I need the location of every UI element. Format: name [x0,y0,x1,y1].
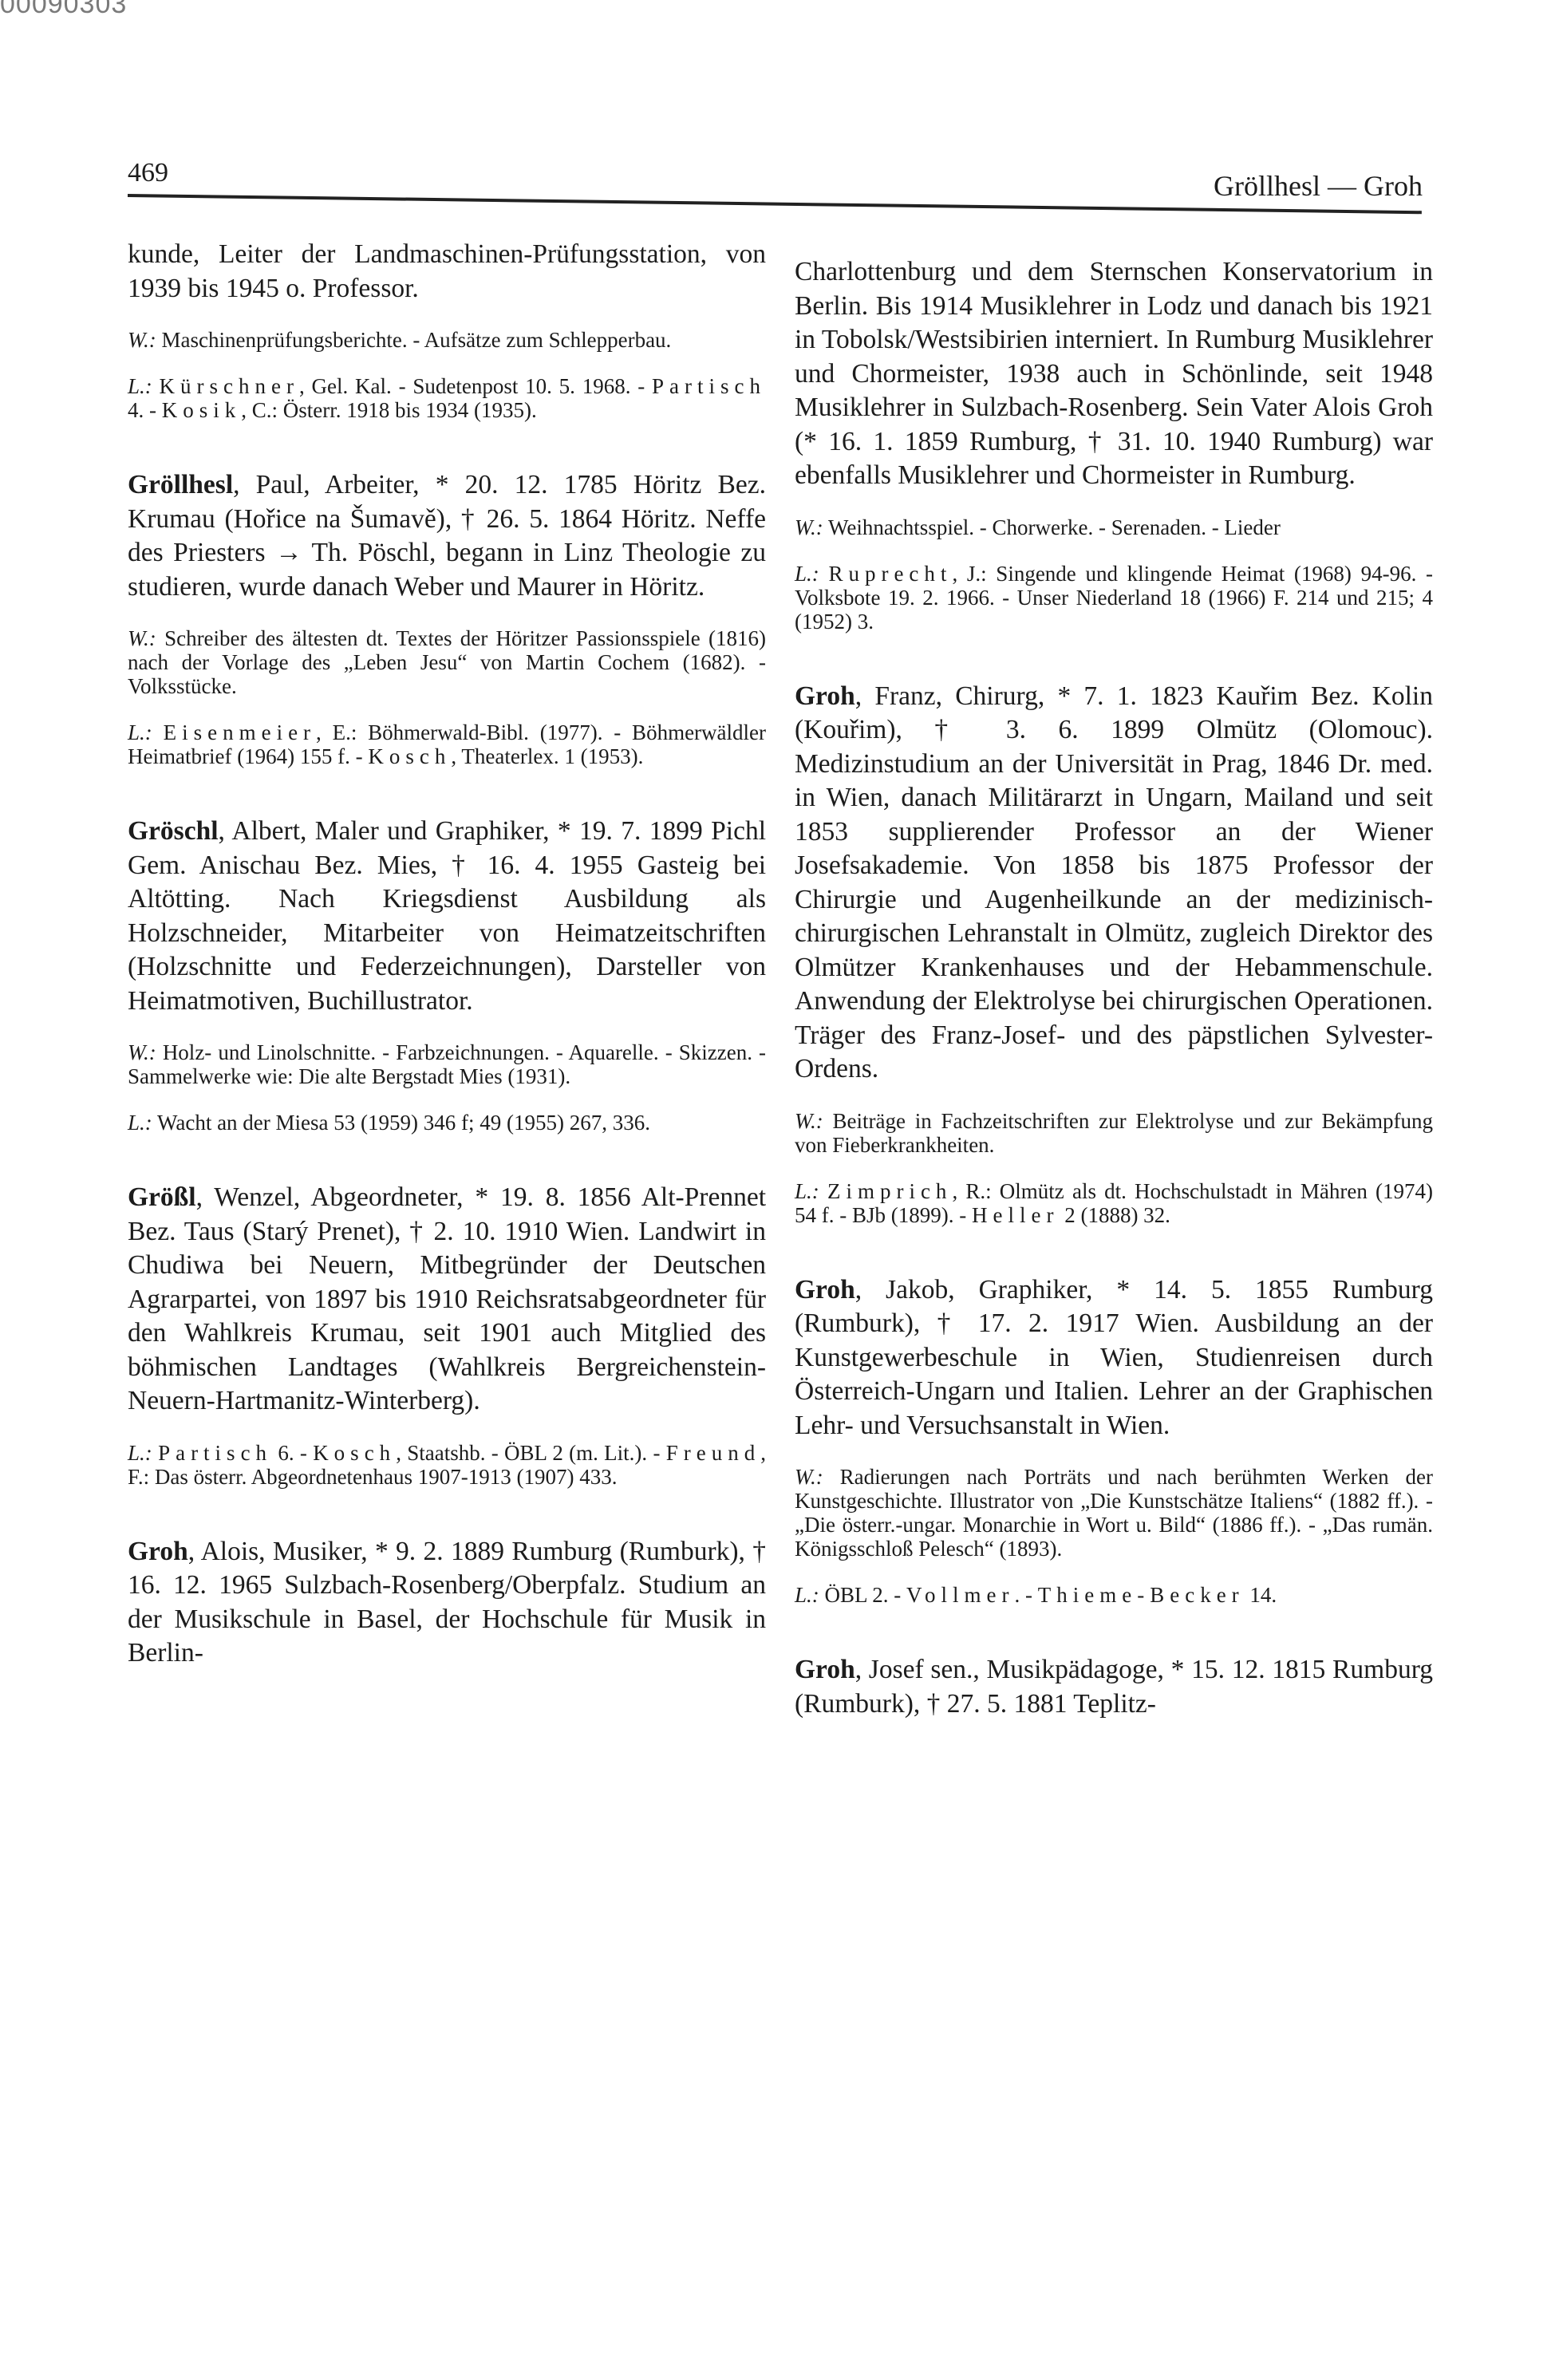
entry-text: , Wenzel, Abgeordneter, * 19. 8. 1856 Al… [128,1182,766,1415]
cited-author: Partisch [652,374,766,398]
works-label: W.: [795,515,823,539]
entry-groh-jakob: Groh, Jakob, Graphiker, * 14. 5. 1855 Ru… [795,1273,1433,1608]
entry-body: Groh, Jakob, Graphiker, * 14. 5. 1855 Ru… [795,1273,1433,1443]
citation-text: , C.: Österr. 1918 bis 1934 (1935). [241,398,537,422]
works-list: W.: Holz- und Linolschnitte. - Farbzeich… [128,1040,766,1088]
spacer [128,1088,766,1111]
continued-entry-text: kunde, Leiter der Landmaschinen-Prüfungs… [128,238,766,306]
literature-list: L.: Zimprich, R.: Olmütz als dt. Hochsch… [795,1179,1433,1227]
spacer [128,1419,766,1441]
literature-list: L.: Kürschner, Gel. Kal. - Sudetenpost 1… [128,374,766,422]
works-text: Schreiber des ältesten dt. Textes der Hö… [128,626,766,698]
cited-author: Kosch [368,744,451,768]
entry-text: , Alois, Musiker, * 9. 2. 1889 Rumburg (… [128,1537,766,1668]
cited-author: Zimprich [827,1179,952,1203]
works-label: W.: [795,1465,823,1489]
citation-text: , Theaterlex. 1 (1953). [451,744,643,768]
literature-label: L.: [128,1441,152,1465]
works-list: W.: Radierungen nach Porträts und nach b… [795,1465,1433,1561]
entry-text: , Josef sen., Musikpädagoge, * 15. 12. 1… [795,1655,1433,1719]
literature-list: L.: Wacht an der Miesa 53 (1959) 346 f; … [128,1111,766,1135]
literature-list: L.: Ruprecht, J.: Singende und klingende… [795,562,1433,633]
works-text: Radierungen nach Porträts und nach berüh… [795,1465,1433,1561]
citation-text: 14. [1245,1583,1277,1607]
works-label: W.: [795,1109,823,1133]
headword: Groh [795,681,855,711]
entry-body: Größl, Wenzel, Abgeordneter, * 19. 8. 18… [128,1181,766,1419]
citation-text: 4. - [128,398,162,422]
cited-author: Heller [972,1203,1059,1227]
cited-author: Eisenmeier [164,720,316,744]
works-label: W.: [128,1040,156,1064]
entry-body: Groh, Josef sen., Musikpädagoge, * 15. 1… [795,1653,1433,1721]
cited-author: Kürschner [160,374,299,398]
headword: Groh [128,1537,188,1566]
literature-label: L.: [795,1583,819,1607]
spacer [795,1157,1433,1179]
headword: Groh [795,1655,855,1684]
scan-id: 00090303 [0,0,127,20]
entry-groessl: Größl, Wenzel, Abgeordneter, * 19. 8. 18… [128,1181,766,1489]
spacer [795,1087,1433,1109]
cited-author: Thieme-Becker [1038,1583,1245,1607]
cited-author: Kosik [162,398,242,422]
works-label: W.: [128,328,156,352]
entry-body: Gröschl, Albert, Maler und Graphiker, * … [128,815,766,1018]
left-column: kunde, Leiter der Landmaschinen-Prüfungs… [128,238,766,1671]
entry-groh-alois: Groh, Alois, Musiker, * 9. 2. 1889 Rumbu… [128,1535,766,1671]
citation-text: 6. - [272,1441,313,1465]
works-list: W.: Weihnachtsspiel. - Chorwerke. - Sere… [795,515,1433,539]
headword: Gröschl [128,816,219,846]
entry-body: Groh, Alois, Musiker, * 9. 2. 1889 Rumbu… [128,1535,766,1671]
works-label: W.: [128,626,156,650]
cited-author: Freund [666,1441,761,1465]
right-column: Charlottenburg und dem Sternschen Konser… [795,255,1433,1721]
works-text: Maschinenprüfungsberichte. - Aufsätze zu… [162,328,672,352]
citation-text: Wacht an der Miesa 53 (1959) 346 f; 49 (… [157,1111,650,1135]
entry-body: Gröllhesl, Paul, Arbeiter, * 20. 12. 178… [128,468,766,604]
running-head: Gröllhesl — Groh [1214,169,1423,203]
citation-text: , Gel. Kal. - Sudetenpost 10. 5. 1968. - [299,374,652,398]
works-text: Holz- und Linolschnitte. - Farbzeichnung… [128,1040,766,1088]
citation-text: 2 (1888) 32. [1059,1203,1170,1227]
entry-text: , Albert, Maler und Graphiker, * 19. 7. … [128,816,766,1016]
spacer [795,1443,1433,1465]
citation-text: . - [1015,1583,1038,1607]
cited-author: Vollmer [906,1583,1015,1607]
literature-label: L.: [795,1179,819,1203]
entry-groh-franz: Groh, Franz, Chirurg, * 7. 1. 1823 Kauři… [795,680,1433,1227]
works-list: W.: Maschinenprüfungsberichte. - Aufsätz… [128,328,766,352]
entry-body: Groh, Franz, Chirurg, * 7. 1. 1823 Kauři… [795,680,1433,1087]
literature-label: L.: [795,562,819,586]
entry-text: , Franz, Chirurg, * 7. 1. 1823 Kauřim Be… [795,681,1433,1084]
literature-list: L.: Eisenmeier, E.: Böhmerwald-Bibl. (19… [128,720,766,768]
headword: Gröllhesl [128,470,233,499]
entry-text: , Jakob, Graphiker, * 14. 5. 1855 Rumbur… [795,1275,1433,1440]
literature-label: L.: [128,374,152,398]
page-number: 469 [128,158,168,188]
literature-list: L.: Partisch 6. - Kosch, Staatshb. - ÖBL… [128,1441,766,1489]
headword: Groh [795,1275,855,1304]
spacer [128,1018,766,1040]
spacer [128,698,766,720]
works-text: Weihnachtsspiel. - Chorwerke. - Serenade… [828,515,1281,539]
cited-author: Kosch [313,1441,396,1465]
cited-author: Partisch [158,1441,272,1465]
entry-groellhesl: Gröllhesl, Paul, Arbeiter, * 20. 12. 178… [128,468,766,768]
continued-entry-text: Charlottenburg und dem Sternschen Konser… [795,255,1433,493]
citation-text: ÖBL 2. - [825,1583,907,1607]
literature-label: L.: [128,720,152,744]
works-list: W.: Beiträge in Fachzeitschriften zur El… [795,1109,1433,1157]
headword: Größl [128,1182,196,1212]
literature-list: L.: ÖBL 2. - Vollmer. - Thieme-Becker 14… [795,1583,1433,1607]
works-list: W.: Schreiber des ältesten dt. Textes de… [128,626,766,698]
cited-author: Ruprecht [828,562,952,586]
entry-groeschl: Gröschl, Albert, Maler und Graphiker, * … [128,815,766,1135]
works-text: Beiträge in Fachzeitschriften zur Elektr… [795,1109,1433,1157]
spacer [795,1561,1433,1583]
entry-groh-josef: Groh, Josef sen., Musikpädagoge, * 15. 1… [795,1653,1433,1721]
literature-label: L.: [128,1111,152,1135]
spacer [128,604,766,626]
citation-text: , Staatshb. - ÖBL 2 (m. Lit.). - [396,1441,666,1465]
